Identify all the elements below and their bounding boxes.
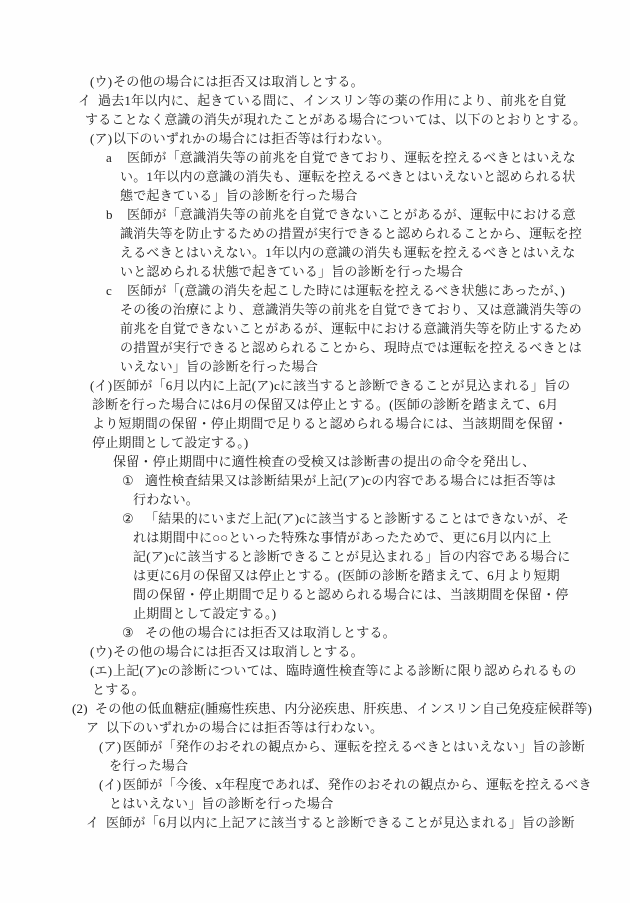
document-line: (2)その他の低血糖症(腫瘍性疾患、内分泌疾患、肝疾患、インスリン自己免疫症候群… xyxy=(0,699,630,718)
item-label: イ xyxy=(78,91,98,110)
document-line: 保留・停止期間中に適性検査の受検又は診断書の提出の命令を発出し、 xyxy=(0,452,630,471)
item-text: 医師が「(意識の消失を起こした時には運転を控えるべき状態にあったが、) その後の… xyxy=(120,283,582,374)
item-label: (2) xyxy=(72,699,95,718)
item-label: (イ) xyxy=(99,775,123,794)
document-line: イ過去1年以内に、起きている間に、インスリン等の薬の作用により、前兆を自覚 する… xyxy=(0,91,630,129)
document-line: (イ)医師が「今後、x年程度であれば、発作のおそれの観点から、運転を控えるべき … xyxy=(0,775,630,813)
item-text: 以下のいずれかの場合には拒否等は行わない。 xyxy=(113,131,390,146)
document-line: (ア)以下のいずれかの場合には拒否等は行わない。 xyxy=(0,129,630,148)
item-text: 医師が「今後、x年程度であれば、発作のおそれの観点から、運転を控えるべき とはい… xyxy=(109,777,592,811)
item-label: イ xyxy=(86,813,106,832)
item-text: 保留・停止期間中に適性検査の受検又は診断書の提出の命令を発出し、 xyxy=(113,454,535,469)
document-page: (ウ)その他の場合には拒否又は取消しとする。 イ過去1年以内に、起きている間に、… xyxy=(0,0,630,903)
item-text: 適性検査結果又は診断結果が上記(ア)cの内容である場合には拒否等は 行わない。 xyxy=(133,473,556,507)
document-line: c医師が「(意識の消失を起こした時には運転を控えるべき状態にあったが、) その後… xyxy=(0,281,630,376)
item-label: ① xyxy=(122,471,145,490)
document-line: (ウ)その他の場合には拒否又は取消しとする。 xyxy=(0,642,630,661)
document-line: ①適性検査結果又は診断結果が上記(ア)cの内容である場合には拒否等は 行わない。 xyxy=(0,471,630,509)
document-line: a医師が「意識消失等の前兆を自覚できており、運転を控えるべきとはいえな い。1年… xyxy=(0,148,630,205)
item-text: 以下のいずれかの場合には拒否等は行わない。 xyxy=(106,720,383,735)
document-line: (エ)上記(ア)cの診断については、臨時適性検査等による診断に限り認められるもの… xyxy=(0,661,630,699)
item-text: 医師が「6月以内に上記アに該当すると診断できることが見込まれる」旨の診断 xyxy=(106,815,575,830)
item-text: 医師が「意識消失等の前兆を自覚できており、運転を控えるべきとはいえな い。1年以… xyxy=(120,150,576,203)
document-line: ②「結果的にいまだ上記(ア)cに該当すると診断することはできないが、そ れは期間… xyxy=(0,509,630,623)
item-label: c xyxy=(106,281,127,300)
document-body: (ウ)その他の場合には拒否又は取消しとする。 イ過去1年以内に、起きている間に、… xyxy=(0,72,630,832)
item-text: 上記(ア)cの診断については、臨時適性検査等による診断に限り認められるもの とす… xyxy=(92,663,577,697)
item-text: その他の場合には拒否又は取消しとする。 xyxy=(113,644,364,659)
item-text: 過去1年以内に、起きている間に、インスリン等の薬の作用により、前兆を自覚 するこ… xyxy=(85,93,586,127)
document-line: イ医師が「6月以内に上記アに該当すると診断できることが見込まれる」旨の診断 xyxy=(0,813,630,832)
item-label: a xyxy=(106,148,127,167)
item-text: その他の場合には拒否又は取消しとする。 xyxy=(145,625,396,640)
document-line: (ウ)その他の場合には拒否又は取消しとする。 xyxy=(0,72,630,91)
item-text: 医師が「意識消失等の前兆を自覚できないことがあるが、運転中における意 識消失等を… xyxy=(120,207,582,279)
item-label: (ア) xyxy=(90,129,113,148)
item-label: (ア) xyxy=(99,737,123,756)
item-label: (ウ) xyxy=(90,72,113,91)
item-text: 「結果的にいまだ上記(ア)cに該当すると診断することはできないが、そ れは期間中… xyxy=(133,511,570,621)
item-label: ② xyxy=(122,509,145,528)
item-label: ③ xyxy=(122,623,145,642)
item-text: その他の場合には拒否又は取消しとする。 xyxy=(113,74,364,89)
item-label: b xyxy=(106,205,127,224)
document-line: (ア)医師が「発作のおそれの観点から、運転を控えるべきとはいえない」旨の診断 を… xyxy=(0,737,630,775)
document-line: ア以下のいずれかの場合には拒否等は行わない。 xyxy=(0,718,630,737)
document-line: (イ)医師が「6月以内に上記(ア)cに該当すると診断できることが見込まれる」旨の… xyxy=(0,376,630,452)
document-line: ③その他の場合には拒否又は取消しとする。 xyxy=(0,623,630,642)
item-text: その他の低血糖症(腫瘍性疾患、内分泌疾患、肝疾患、インスリン自己免疫症候群等) xyxy=(95,701,592,716)
item-label: (ウ) xyxy=(90,642,113,661)
item-label: ア xyxy=(86,718,106,737)
item-text: 医師が「発作のおそれの観点から、運転を控えるべきとはいえない」旨の診断 を行った… xyxy=(109,739,585,773)
item-label: (エ) xyxy=(90,661,113,680)
item-text: 医師が「6月以内に上記(ア)cに該当すると診断できることが見込まれる」旨の 診断… xyxy=(92,378,570,450)
item-label: (イ) xyxy=(90,376,113,395)
document-line: b医師が「意識消失等の前兆を自覚できないことがあるが、運転中における意 識消失等… xyxy=(0,205,630,281)
